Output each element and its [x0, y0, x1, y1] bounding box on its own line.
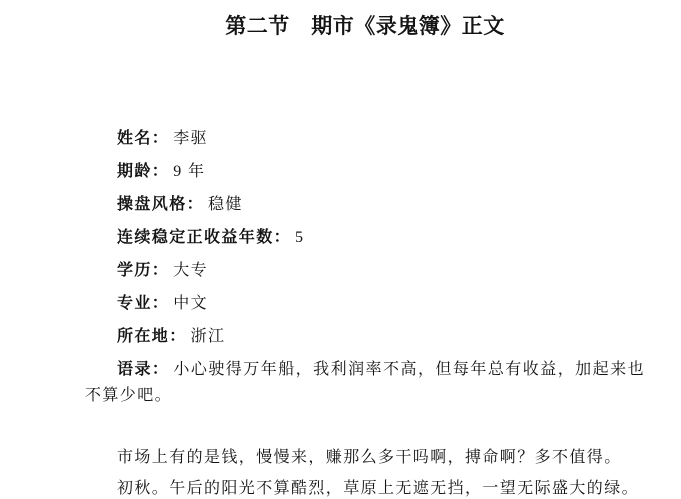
text-column: 第二节 期市《录鬼簿》正文 姓名：李驱 期龄：9 年 操盘风格：稳健 连续稳定正… [85, 12, 645, 499]
profile-item-major-value: 中文 [173, 295, 208, 312]
profile-item-positive-years-label: 连续稳定正收益年数： [117, 229, 291, 246]
profile-item-style: 操盘风格：稳健 [85, 192, 645, 218]
profile-item-education-label: 学历： [117, 262, 169, 279]
profile-item-education: 学历：大专 [85, 258, 645, 284]
profile-item-name-value: 李驱 [173, 130, 208, 147]
profile-item-major-label: 专业： [117, 295, 169, 312]
body-paragraph-1: 市场上有的是钱，慢慢来，赚那么多干吗啊，搏命啊？多不值得。 [85, 445, 645, 471]
profile-item-name: 姓名：李驱 [85, 126, 645, 152]
profile-item-location-value: 浙江 [191, 328, 226, 345]
profile-item-name-label: 姓名： [117, 130, 169, 147]
document-page: 第二节 期市《录鬼簿》正文 姓名：李驱 期龄：9 年 操盘风格：稳健 连续稳定正… [0, 0, 681, 499]
profile-item-trading-age-value: 9 年 [173, 163, 205, 180]
profile-item-location-label: 所在地： [117, 328, 187, 345]
profile-item-quote-label: 语录： [117, 361, 169, 378]
profile-item-positive-years-value: 5 [295, 229, 304, 246]
profile-item-style-value: 稳健 [208, 196, 243, 213]
profile-item-education-value: 大专 [173, 262, 208, 279]
body-text: 市场上有的是钱，慢慢来，赚那么多干吗啊，搏命啊？多不值得。 初秋。午后的阳光不算… [85, 445, 645, 499]
profile-item-quote: 语录：小心驶得万年船，我利润率不高，但每年总有收益，加起来也不算少吧。 [85, 357, 645, 409]
section-title: 第二节 期市《录鬼簿》正文 [85, 12, 645, 40]
profile-item-positive-years: 连续稳定正收益年数：5 [85, 225, 645, 251]
body-paragraph-2: 初秋。午后的阳光不算酷烈，草原上无遮无挡，一望无际盛大的绿。 [85, 476, 645, 499]
profile-item-location: 所在地：浙江 [85, 324, 645, 350]
profile-item-major: 专业：中文 [85, 291, 645, 317]
profile-item-style-label: 操盘风格： [117, 196, 204, 213]
profile-item-trading-age: 期龄：9 年 [85, 159, 645, 185]
trader-profile: 姓名：李驱 期龄：9 年 操盘风格：稳健 连续稳定正收益年数：5 学历：大专 专… [85, 126, 645, 409]
profile-item-trading-age-label: 期龄： [117, 163, 169, 180]
